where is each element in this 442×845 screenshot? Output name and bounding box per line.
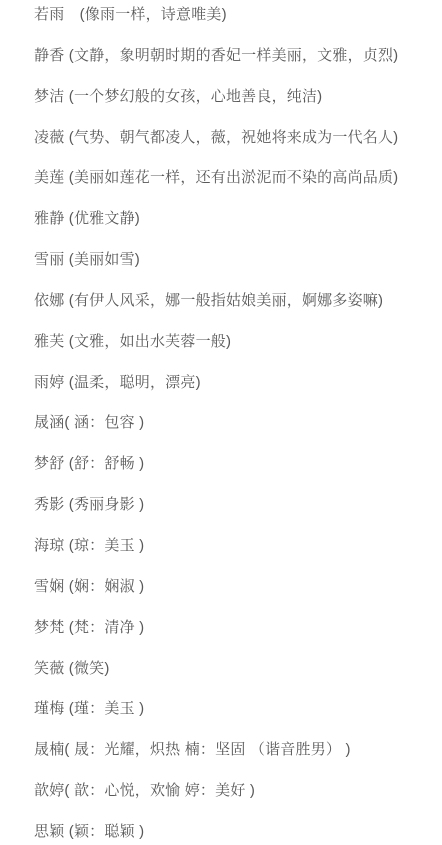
name-meaning: (优雅文静): [64, 210, 140, 227]
girl-name: 笑薇: [34, 660, 64, 677]
girl-name: 瑾梅: [34, 700, 64, 717]
name-meaning: (像雨一样，诗意唯美): [64, 6, 226, 23]
girl-name: 美莲: [34, 169, 64, 186]
name-meaning: (瑾：美玉 ): [64, 700, 144, 717]
girl-name: 晟涵: [34, 414, 64, 431]
girl-name: 梦舒: [34, 455, 64, 472]
list-item: 凌薇 (气势、朝气都凌人，薇，祝她将来成为一代名人): [34, 118, 442, 159]
name-meaning: (琼：美玉 ): [64, 537, 144, 554]
girl-name: 梦梵: [34, 619, 64, 636]
list-item: 若雨 (像雨一样，诗意唯美): [34, 0, 442, 36]
girl-name: 秀影: [34, 496, 64, 513]
girl-name: 海琼: [34, 537, 64, 554]
girl-name: 晟楠: [34, 741, 64, 758]
name-meaning: (颖：聪颖 ): [64, 823, 144, 840]
list-item: 雅芙 (文雅，如出水芙蓉一般): [34, 322, 442, 363]
name-list: 若雨 (像雨一样，诗意唯美)静香 (文静，象明朝时期的香妃一样美丽，文雅，贞烈)…: [0, 0, 442, 845]
name-meaning: (一个梦幻般的女孩，心地善良，纯洁): [64, 88, 322, 105]
list-item: 雪娴 (娴：娴淑 ): [34, 567, 442, 608]
list-item: 海琼 (琼：美玉 ): [34, 526, 442, 567]
name-meaning: (舒：舒畅 ): [64, 455, 144, 472]
name-meaning: (文雅，如出水芙蓉一般): [64, 333, 231, 350]
list-item: 笑薇 (微笑): [34, 649, 442, 690]
name-meaning: ( 歆：心悦，欢愉 婷：美好 ): [64, 782, 255, 799]
girl-name: 梦洁: [34, 88, 64, 105]
girl-name: 静香: [34, 47, 64, 64]
list-item: 依娜 (有伊人风采，娜一般指姑娘美丽，婀娜多姿嘛): [34, 281, 442, 322]
name-meaning: (秀丽身影 ): [64, 496, 144, 513]
name-meaning: ( 涵：包容 ): [64, 414, 144, 431]
list-item: 静香 (文静，象明朝时期的香妃一样美丽，文雅，贞烈): [34, 36, 442, 77]
girl-name: 凌薇: [34, 129, 64, 146]
list-item: 雨婷 (温柔，聪明，漂亮): [34, 363, 442, 404]
name-meaning: (温柔，聪明，漂亮): [64, 374, 200, 391]
girl-name: 雅静: [34, 210, 64, 227]
list-item: 晟楠( 晟：光耀，炽热 楠：坚固 （谐音胜男） ): [34, 730, 442, 771]
girl-name: 雪娴: [34, 578, 64, 595]
girl-name: 雨婷: [34, 374, 64, 391]
girl-name: 歆婷: [34, 782, 64, 799]
name-meaning: (文静，象明朝时期的香妃一样美丽，文雅，贞烈): [64, 47, 398, 64]
girl-name: 依娜: [34, 292, 64, 309]
list-item: 梦梵 (梵：清净 ): [34, 608, 442, 649]
name-meaning: (微笑): [64, 660, 109, 677]
name-meaning: ( 晟：光耀，炽热 楠：坚固 （谐音胜男） ): [64, 741, 350, 758]
name-meaning: (美丽如雪): [64, 251, 140, 268]
girl-name: 雪丽: [34, 251, 64, 268]
list-item: 梦舒 (舒：舒畅 ): [34, 444, 442, 485]
name-meaning: (美丽如莲花一样，还有出淤泥而不染的高尚品质): [64, 169, 398, 186]
name-meaning: (梵：清净 ): [64, 619, 144, 636]
list-item: 雅静 (优雅文静): [34, 199, 442, 240]
list-item: 美莲 (美丽如莲花一样，还有出淤泥而不染的高尚品质): [34, 158, 442, 199]
list-item: 瑾梅 (瑾：美玉 ): [34, 689, 442, 730]
name-meaning: (有伊人风采，娜一般指姑娘美丽，婀娜多姿嘛): [64, 292, 383, 309]
list-item: 晟涵( 涵：包容 ): [34, 403, 442, 444]
girl-name: 思颖: [34, 823, 64, 840]
list-item: 秀影 (秀丽身影 ): [34, 485, 442, 526]
list-item: 思颖 (颖：聪颖 ): [34, 812, 442, 845]
girl-name: 若雨: [34, 6, 64, 23]
list-item: 雪丽 (美丽如雪): [34, 240, 442, 281]
list-item: 歆婷( 歆：心悦，欢愉 婷：美好 ): [34, 771, 442, 812]
girl-name: 雅芙: [34, 333, 64, 350]
name-meaning: (气势、朝气都凌人，薇，祝她将来成为一代名人): [64, 129, 398, 146]
list-item: 梦洁 (一个梦幻般的女孩，心地善良，纯洁): [34, 77, 442, 118]
name-meaning: (娴：娴淑 ): [64, 578, 144, 595]
